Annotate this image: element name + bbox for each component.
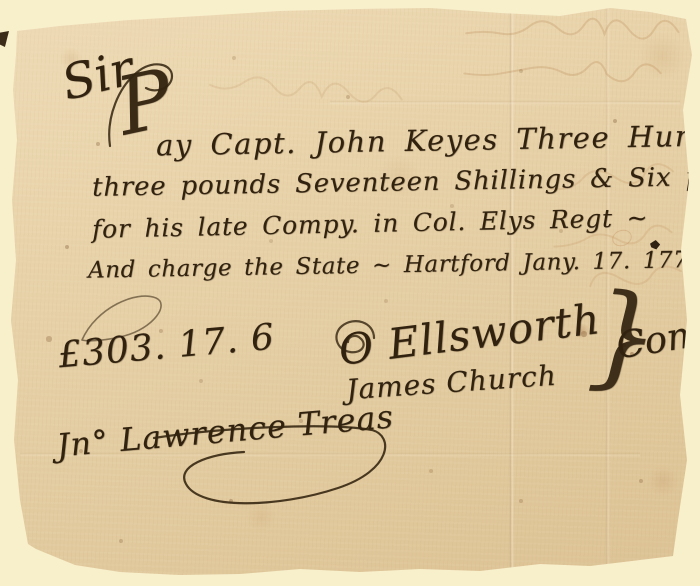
foxing-stain <box>636 34 688 78</box>
document-scan: Sir P ay Capt. John Keyes Three Hundred … <box>0 0 700 586</box>
treasurer-oval-flourish <box>148 420 393 510</box>
scan-edge-mark <box>0 31 9 47</box>
paper-speckles <box>0 0 2 2</box>
foxing-stain <box>646 466 680 496</box>
paper-sheet: Sir P ay Capt. John Keyes Three Hundred … <box>0 0 700 586</box>
signature-ellsworth: O Ellsworth <box>336 294 603 375</box>
